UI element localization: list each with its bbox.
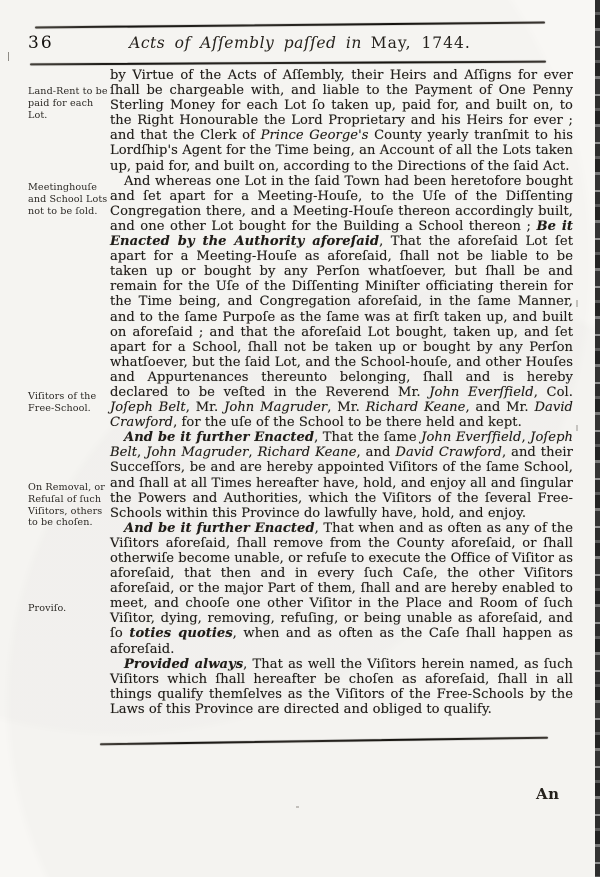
paragraph: Provided always, That as well the Viſito… (110, 657, 573, 717)
scanned-document-page: 36 Acts of Aſſembly paſſed in May, 1744.… (0, 0, 600, 877)
text-segment: , (137, 445, 146, 460)
text-segment: , That the aforeſaid Lot ſet apart for a… (110, 234, 573, 400)
horizontal-rule-under-header (30, 61, 546, 66)
paragraph: And whereas one Lot in the ſaid Town had… (110, 174, 573, 431)
text-segment: , and (357, 445, 396, 460)
running-title-date: May, 1744. (371, 34, 471, 52)
text-segment: toties quoties (129, 626, 232, 641)
scan-speck (8, 52, 9, 61)
text-segment: And be it further Enacted (124, 430, 314, 445)
catchword: An (536, 785, 560, 803)
margin-note-land-rent: Land-Rent to be paid for each Lot. (28, 86, 108, 121)
margin-note-removal: On Removal, or Refuſal of ſuch Viſitors,… (28, 482, 108, 529)
running-title: Acts of Aſſembly paſſed in May, 1744. (80, 34, 520, 52)
text-segment: David Crawford (395, 445, 502, 460)
text-segment: , for the uſe of the School to be there … (173, 415, 522, 430)
text-segment: , Col. (534, 385, 573, 400)
text-segment: John Everſfield (421, 430, 521, 445)
running-title-italic: Acts of Aſſembly paſſed in (129, 34, 362, 52)
paragraph: And be it further Enacted, That when and… (110, 521, 573, 657)
text-segment: Richard Keane (258, 445, 357, 460)
page-number: 36 (28, 33, 54, 53)
text-segment: Joſeph Belt (110, 400, 186, 415)
scan-binding-edge-artifact (595, 0, 600, 877)
body-text: by Virtue of the Acts of Aſſembly, their… (110, 68, 573, 717)
text-segment: Provided always (124, 657, 243, 672)
margin-note-proviso: Proviſo. (28, 603, 108, 615)
horizontal-rule-top (35, 22, 545, 29)
text-segment: John Magruder (224, 400, 327, 415)
text-segment: , (521, 430, 530, 445)
scan-speck (296, 806, 299, 808)
text-segment: , (248, 445, 257, 460)
scan-speck (576, 300, 578, 307)
text-segment: And whereas one Lot in the ſaid Town had… (110, 174, 573, 234)
text-segment: John Magruder (146, 445, 248, 460)
text-segment: Richard Keane (366, 400, 466, 415)
text-segment: Prince George's (261, 128, 369, 143)
text-segment: , That when and as often as any of the V… (110, 521, 573, 642)
text-segment: John Everſfield (429, 385, 533, 400)
text-segment: , Mr. (327, 400, 365, 415)
text-segment: And be it further Enacted (124, 521, 315, 536)
margin-note-visitors: Viſitors of the Free-School. (28, 391, 108, 415)
horizontal-rule-bottom (100, 737, 548, 746)
margin-note-meetinghouse: Meetinghouſe and School Lots not to be ſ… (28, 182, 108, 217)
scan-speck (576, 425, 578, 431)
text-segment: , and Mr. (465, 400, 534, 415)
paragraph: by Virtue of the Acts of Aſſembly, their… (110, 68, 573, 174)
text-segment: , Mr. (186, 400, 224, 415)
paragraph: And be it further Enacted, That the ſame… (110, 430, 573, 521)
text-segment: , That the ſame (314, 430, 421, 445)
